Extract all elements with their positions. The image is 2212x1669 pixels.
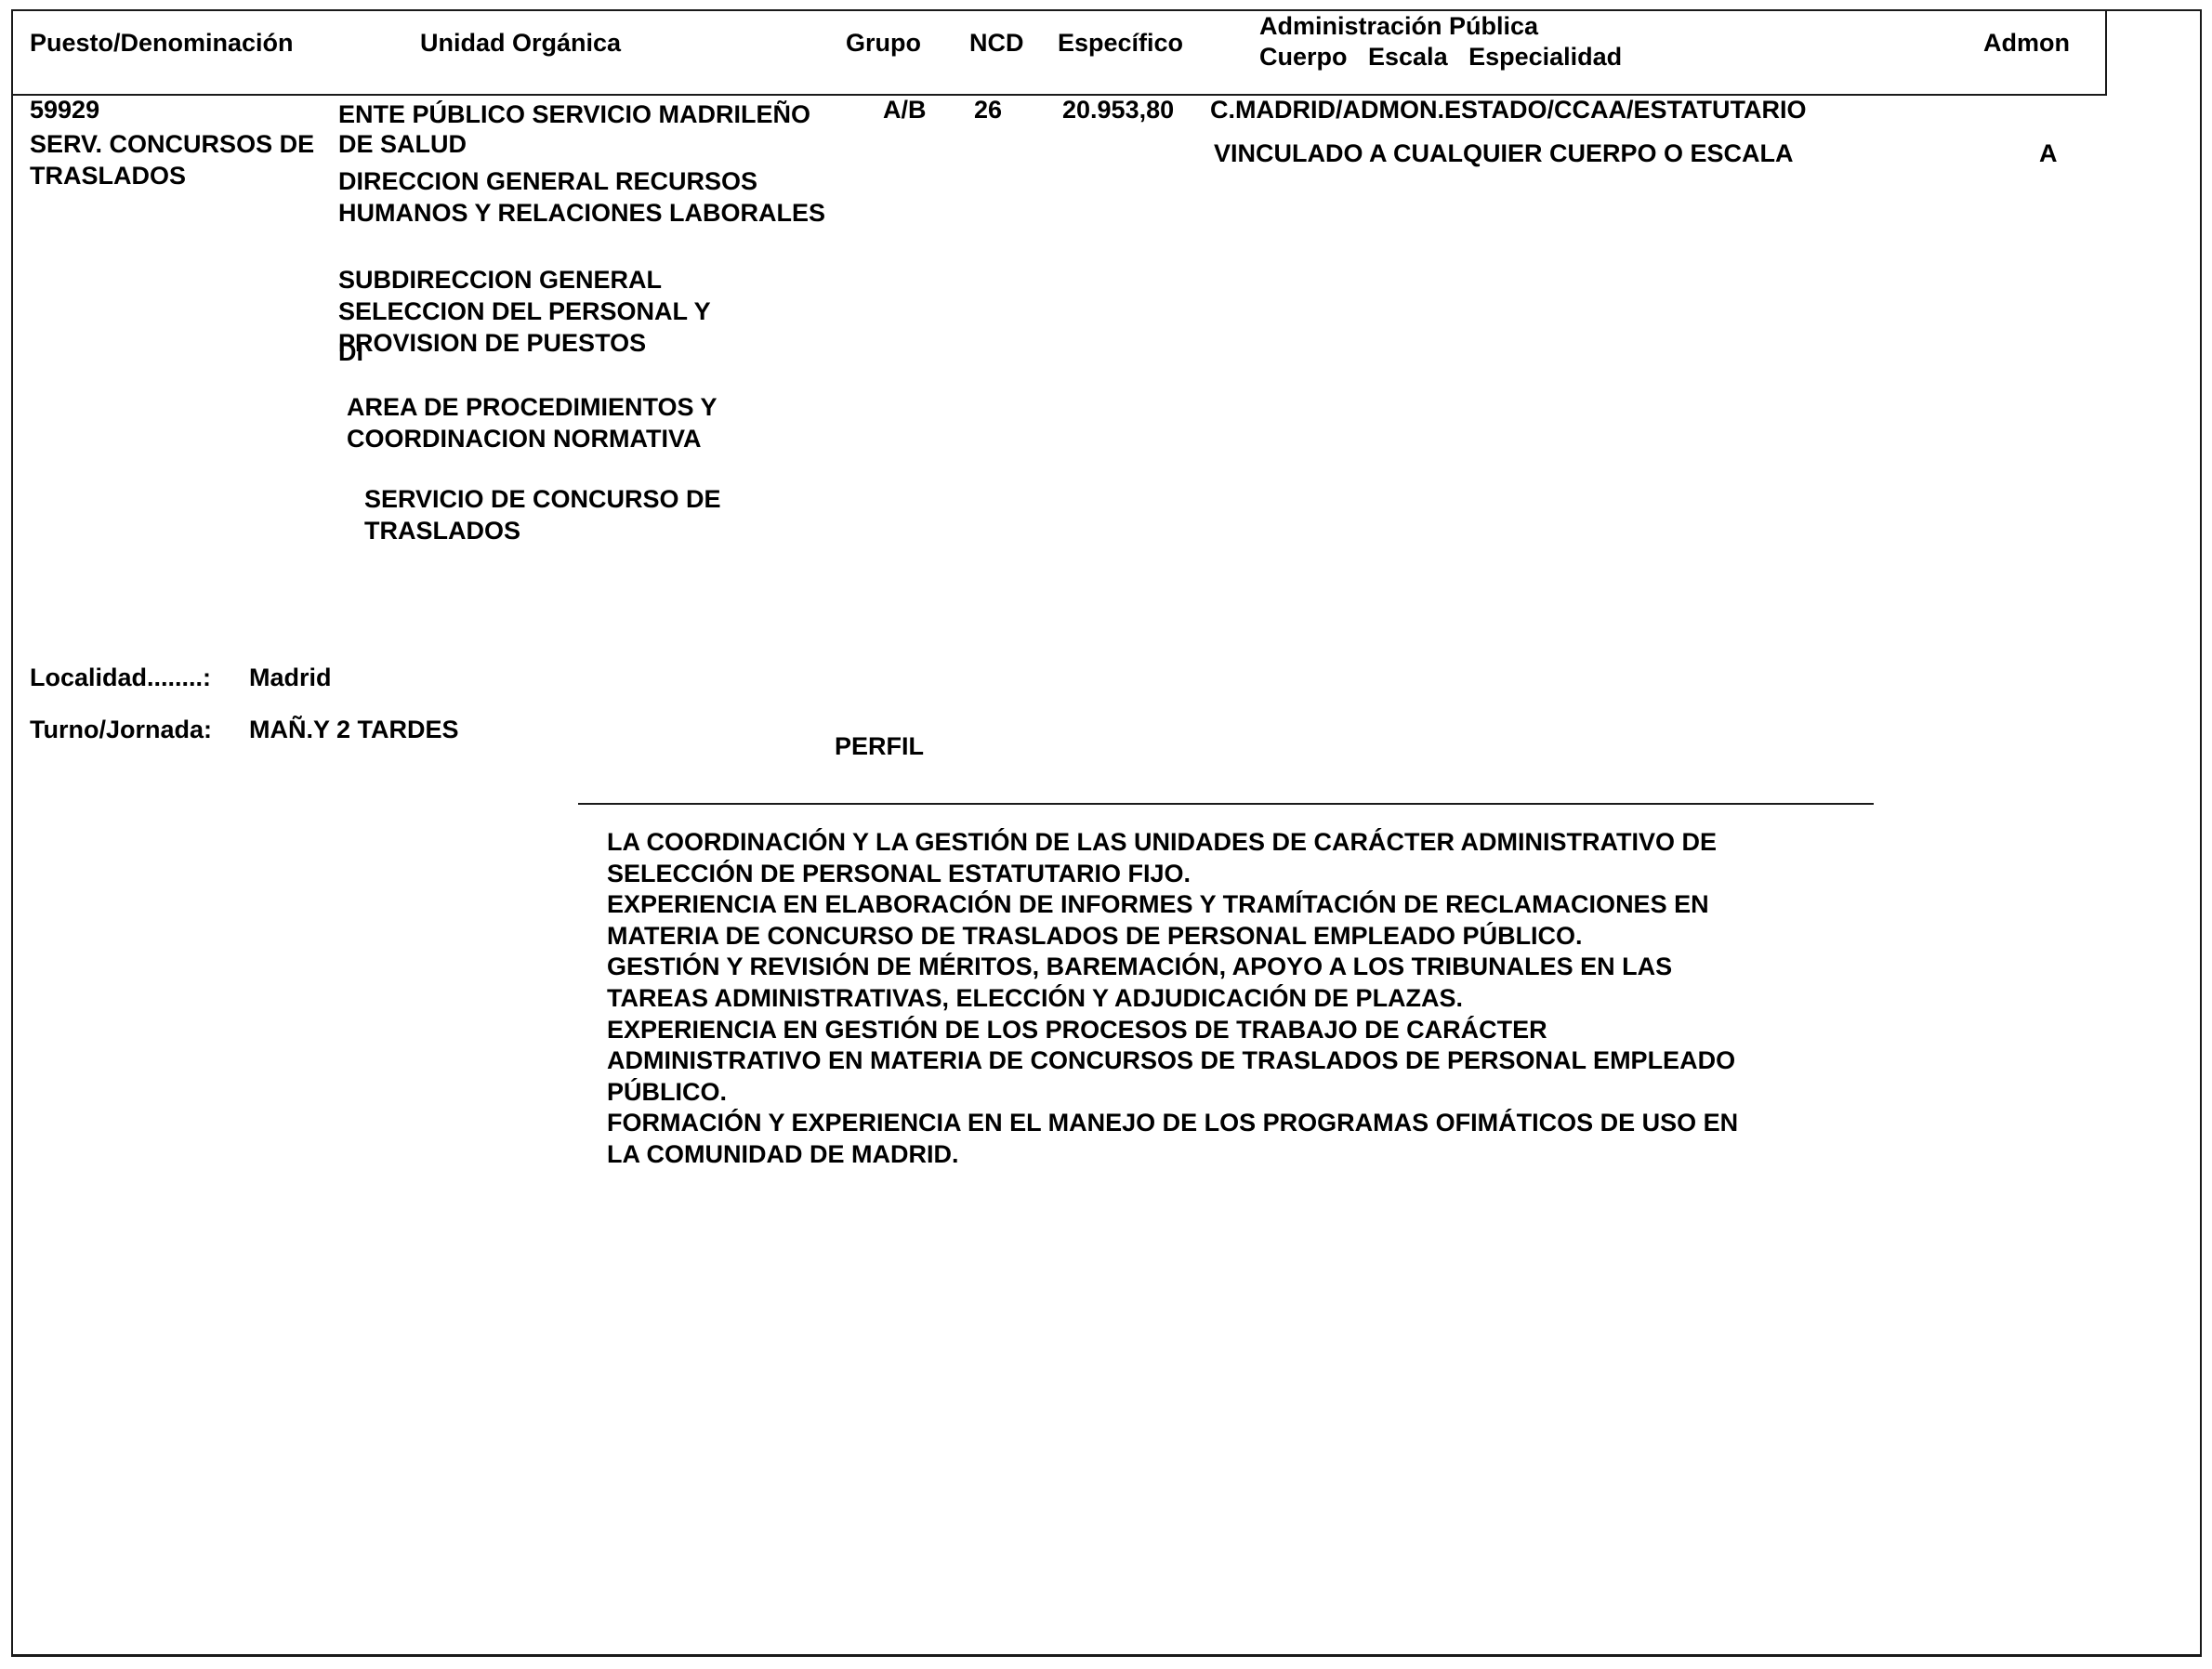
unidad-overlap-fragment: DI — [338, 340, 363, 365]
unidad-line-1: ENTE PÚBLICO SERVICIO MADRILEÑO — [338, 102, 810, 127]
unidad-line-9: COORDINACION NORMATIVA — [347, 427, 701, 452]
grupo-value: A/B — [883, 98, 927, 123]
perfil-line: TAREAS ADMINISTRATIVAS, ELECCIÓN Y ADJUD… — [607, 986, 1463, 1011]
header-admin-publica: Administración Pública — [1259, 14, 1538, 39]
administracion-value: C.MADRID/ADMON.ESTADO/CCAA/ESTATUTARIO — [1210, 98, 1806, 123]
perfil-line: ADMINISTRATIVO EN MATERIA DE CONCURSOS D… — [607, 1048, 1735, 1073]
perfil-title: PERFIL — [835, 734, 924, 759]
header-ncd: NCD — [969, 31, 1024, 56]
turno-label: Turno/Jornada: — [30, 717, 212, 743]
unidad-line-2: DE SALUD — [338, 132, 467, 157]
header-especifico: Específico — [1058, 31, 1183, 56]
admon-value: A — [2039, 141, 2058, 166]
perfil-line: LA COMUNIDAD DE MADRID. — [607, 1142, 958, 1167]
unidad-line-11: TRASLADOS — [364, 519, 520, 544]
perfil-line: MATERIA DE CONCURSO DE TRASLADOS DE PERS… — [607, 924, 1583, 949]
unidad-line-4: HUMANOS Y RELACIONES LABORALES — [338, 201, 825, 226]
localidad-label: Localidad........: — [30, 665, 211, 690]
unidad-line-5: SUBDIRECCION GENERAL — [338, 268, 662, 293]
unidad-line-10: SERVICIO DE CONCURSO DE — [364, 487, 721, 512]
puesto-denominacion-line-2: TRASLADOS — [30, 164, 186, 189]
header-puesto: Puesto/Denominación — [30, 31, 294, 56]
perfil-line: EXPERIENCIA EN GESTIÓN DE LOS PROCESOS D… — [607, 1018, 1547, 1043]
perfil-divider — [578, 803, 1874, 805]
perfil-line: LA COORDINACIÓN Y LA GESTIÓN DE LAS UNID… — [607, 830, 1717, 855]
header-admon: Admon — [1983, 31, 2070, 56]
perfil-line: GESTIÓN Y REVISIÓN DE MÉRITOS, BAREMACIÓ… — [607, 954, 1672, 979]
perfil-line: SELECCIÓN DE PERSONAL ESTATUTARIO FIJO. — [607, 861, 1191, 887]
header-unidad: Unidad Orgánica — [420, 31, 621, 56]
perfil-line: FORMACIÓN Y EXPERIENCIA EN EL MANEJO DE … — [607, 1110, 1738, 1136]
turno-value: MAÑ.Y 2 TARDES — [249, 717, 459, 743]
localidad-value: Madrid — [249, 665, 332, 690]
especifico-value: 20.953,80 — [1062, 98, 1174, 123]
unidad-line-8: AREA DE PROCEDIMIENTOS Y — [347, 395, 718, 420]
unidad-line-3: DIRECCION GENERAL RECURSOS — [338, 169, 757, 194]
ncd-value: 26 — [974, 98, 1002, 123]
cuerpo-escala-value: VINCULADO A CUALQUIER CUERPO O ESCALA — [1214, 141, 1794, 166]
header-grupo: Grupo — [846, 31, 921, 56]
puesto-codigo: 59929 — [30, 98, 99, 123]
header-cuerpo-escala-especialidad: Cuerpo Escala Especialidad — [1259, 45, 1622, 70]
unidad-line-6: SELECCION DEL PERSONAL Y — [338, 299, 711, 324]
unidad-line-7: PROVISION DE PUESTOS — [338, 331, 646, 356]
puesto-denominacion-line-1: SERV. CONCURSOS DE — [30, 132, 314, 157]
perfil-line: PÚBLICO. — [607, 1080, 727, 1105]
perfil-line: EXPERIENCIA EN ELABORACIÓN DE INFORMES Y… — [607, 892, 1709, 917]
